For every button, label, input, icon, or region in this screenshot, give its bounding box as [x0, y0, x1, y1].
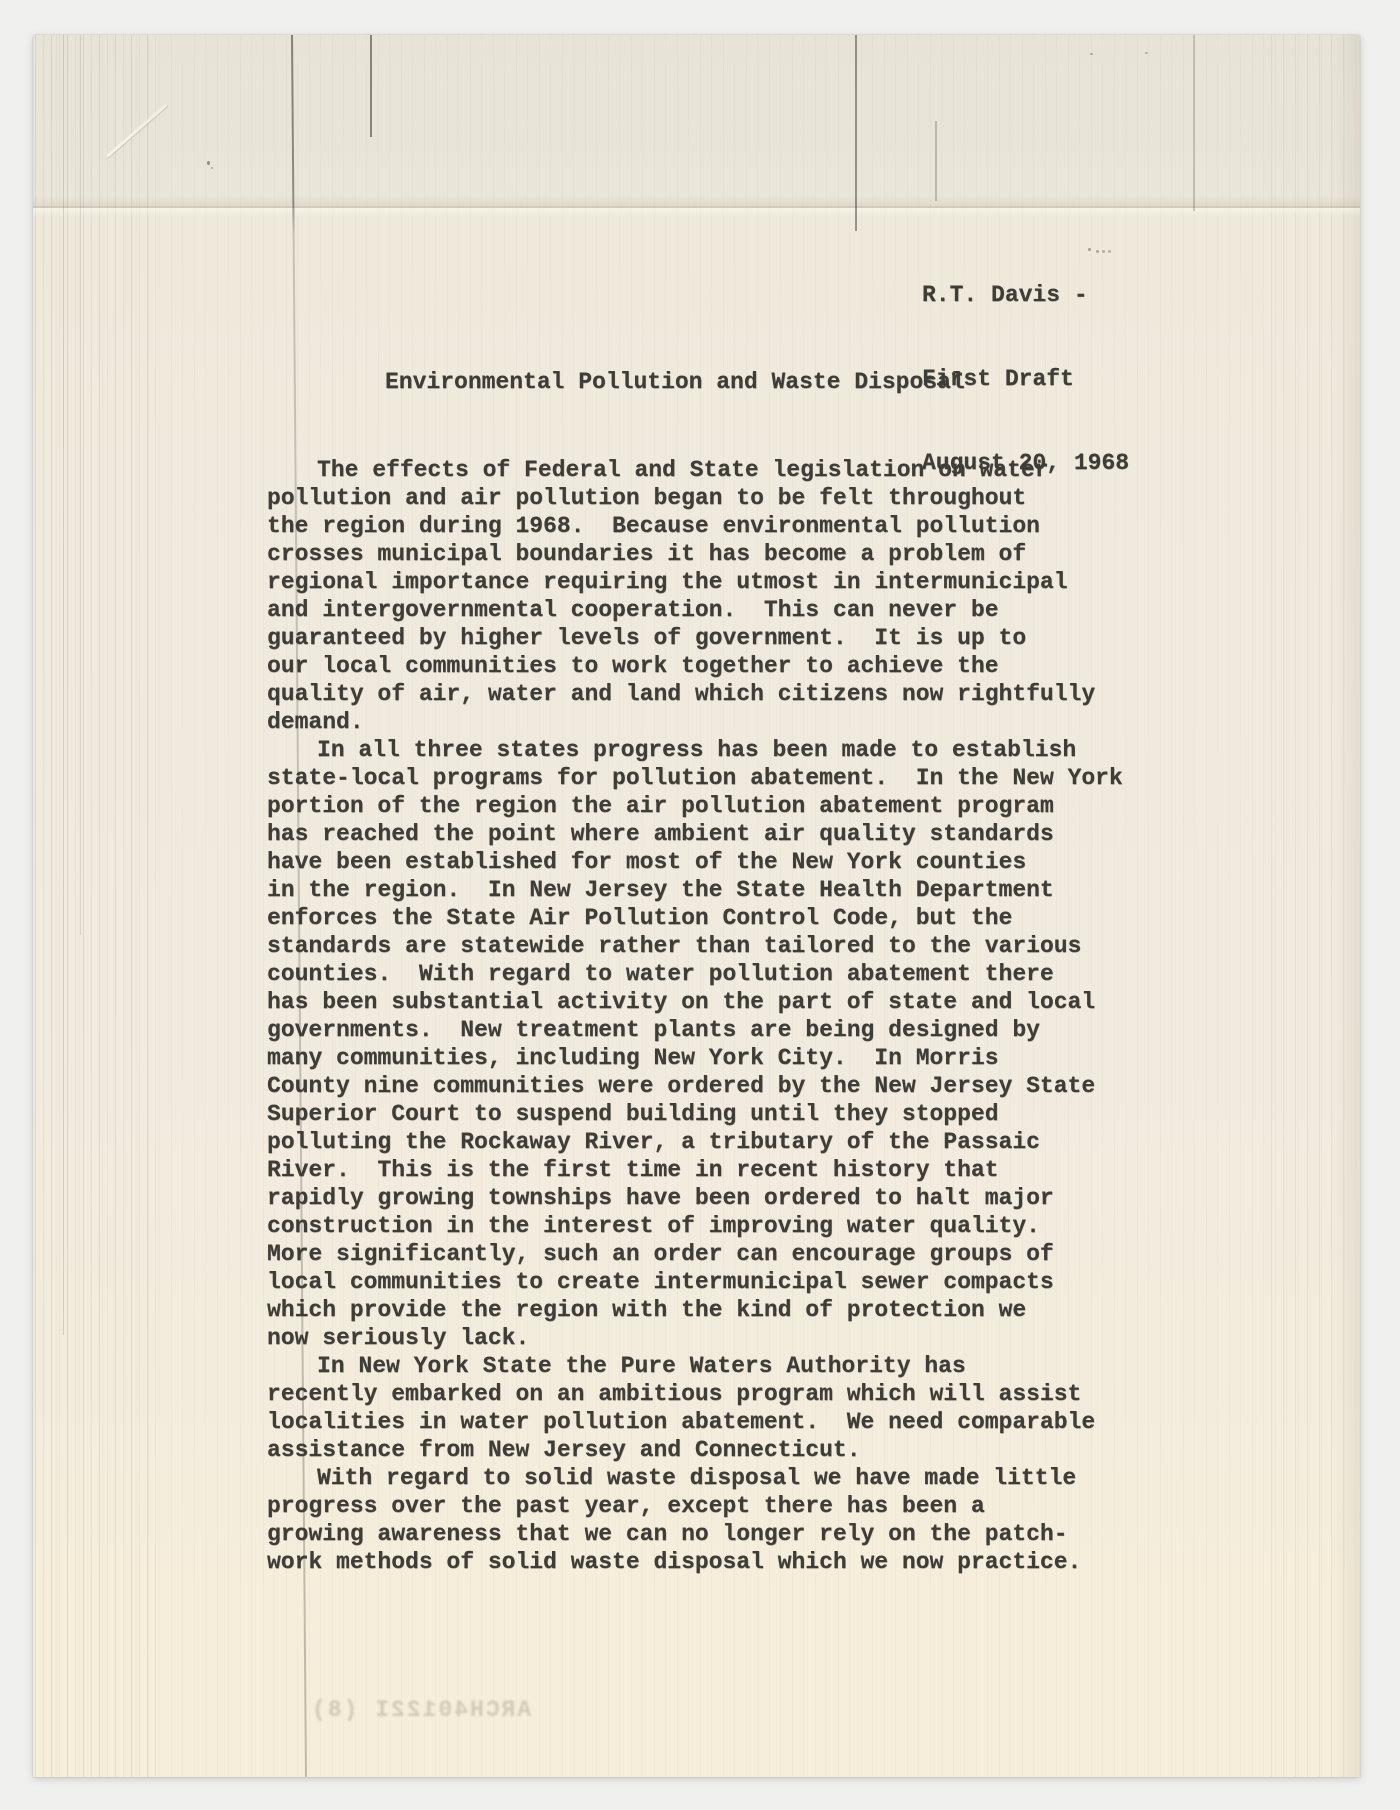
scratch-mark	[106, 104, 168, 158]
text-line: The effects of Federal and State legisla…	[267, 456, 1123, 484]
text-line: state-local programs for pollution abate…	[267, 764, 1123, 792]
fold-crease-highlight	[33, 208, 1360, 217]
text-line: regional importance requiring the utmost…	[267, 568, 1123, 596]
text-line: More significantly, such an order can en…	[267, 1240, 1123, 1268]
text-line: recently embarked on an ambitious progra…	[267, 1380, 1123, 1408]
ink-speck	[1090, 53, 1093, 55]
text-line: local communities to create intermunicip…	[267, 1268, 1123, 1296]
text-line: guaranteed by higher levels of governmen…	[267, 624, 1123, 652]
scan-line-top-c	[1193, 35, 1195, 211]
text-line: which provide the region with the kind o…	[267, 1296, 1123, 1324]
text-line: assistance from New Jersey and Connectic…	[267, 1436, 1123, 1464]
text-line: localities in water pollution abatement.…	[267, 1408, 1123, 1436]
text-line: in the region. In New Jersey the State H…	[267, 876, 1123, 904]
scan-line-left-2	[80, 35, 81, 935]
text-line: progress over the past year, except ther…	[267, 1492, 1123, 1520]
text-line: governments. New treatment plants are be…	[267, 1016, 1123, 1044]
document-body: The effects of Federal and State legisla…	[267, 456, 1123, 1576]
text-line: work methods of solid waste disposal whi…	[267, 1548, 1123, 1576]
text-line: crosses municipal boundaries it has beco…	[267, 540, 1123, 568]
text-line: Superior Court to suspend building until…	[267, 1100, 1123, 1128]
scan-line-top-d	[935, 121, 937, 201]
paragraph: With regard to solid waste disposal we h…	[267, 1464, 1123, 1576]
bleedthrough-text: ARCH40122I (8)	[310, 1697, 531, 1723]
paragraph: The effects of Federal and State legisla…	[267, 456, 1123, 736]
scan-background: R.T. Davis - First Draft August 20, 1968…	[0, 0, 1400, 1810]
text-line: our local communities to work together t…	[267, 652, 1123, 680]
ink-speck	[207, 161, 210, 165]
text-line: In all three states progress has been ma…	[267, 736, 1123, 764]
text-line: rapidly growing townships have been orde…	[267, 1184, 1123, 1212]
ink-speck	[211, 167, 213, 169]
scan-line-left-1	[63, 35, 64, 1335]
text-line: standards are statewide rather than tail…	[267, 932, 1123, 960]
header-author-line: R.T. Davis -	[922, 281, 1129, 309]
text-line: County nine communities were ordered by …	[267, 1072, 1123, 1100]
text-line: and intergovernmental cooperation. This …	[267, 596, 1123, 624]
text-line: With regard to solid waste disposal we h…	[267, 1464, 1123, 1492]
fold-crease-shadow	[33, 195, 1360, 206]
text-line: now seriously lack.	[267, 1324, 1123, 1352]
document-title: Environmental Pollution and Waste Dispos…	[385, 368, 965, 396]
fold-crease-line	[33, 206, 1360, 208]
text-line: demand.	[267, 708, 1123, 736]
scan-streaks-right	[1271, 35, 1353, 1777]
paragraph: In all three states progress has been ma…	[267, 736, 1123, 1352]
text-line: growing awareness that we can no longer …	[267, 1520, 1123, 1548]
text-line: quality of air, water and land which cit…	[267, 680, 1123, 708]
text-line: pollution and air pollution began to be …	[267, 484, 1123, 512]
text-line: polluting the Rockaway River, a tributar…	[267, 1128, 1123, 1156]
text-line: has reached the point where ambient air …	[267, 820, 1123, 848]
text-line: have been established for most of the Ne…	[267, 848, 1123, 876]
text-line: construction in the interest of improvin…	[267, 1212, 1123, 1240]
text-line: enforces the State Air Pollution Control…	[267, 904, 1123, 932]
text-line: portion of the region the air pollution …	[267, 792, 1123, 820]
text-line: In New York State the Pure Waters Author…	[267, 1352, 1123, 1380]
text-line: River. This is the first time in recent …	[267, 1156, 1123, 1184]
document-page: R.T. Davis - First Draft August 20, 1968…	[33, 35, 1360, 1777]
paper-right-edge-shade	[1333, 35, 1360, 1777]
scan-streaks-left	[35, 35, 157, 1777]
scan-line-top-a	[370, 35, 372, 137]
text-line: counties. With regard to water pollution…	[267, 960, 1123, 988]
text-line: has been substantial activity on the par…	[267, 988, 1123, 1016]
text-line: the region during 1968. Because environm…	[267, 512, 1123, 540]
text-line: many communities, including New York Cit…	[267, 1044, 1123, 1072]
ink-speck	[1145, 52, 1148, 54]
paragraph: In New York State the Pure Waters Author…	[267, 1352, 1123, 1464]
scan-line-top-b	[855, 35, 857, 231]
